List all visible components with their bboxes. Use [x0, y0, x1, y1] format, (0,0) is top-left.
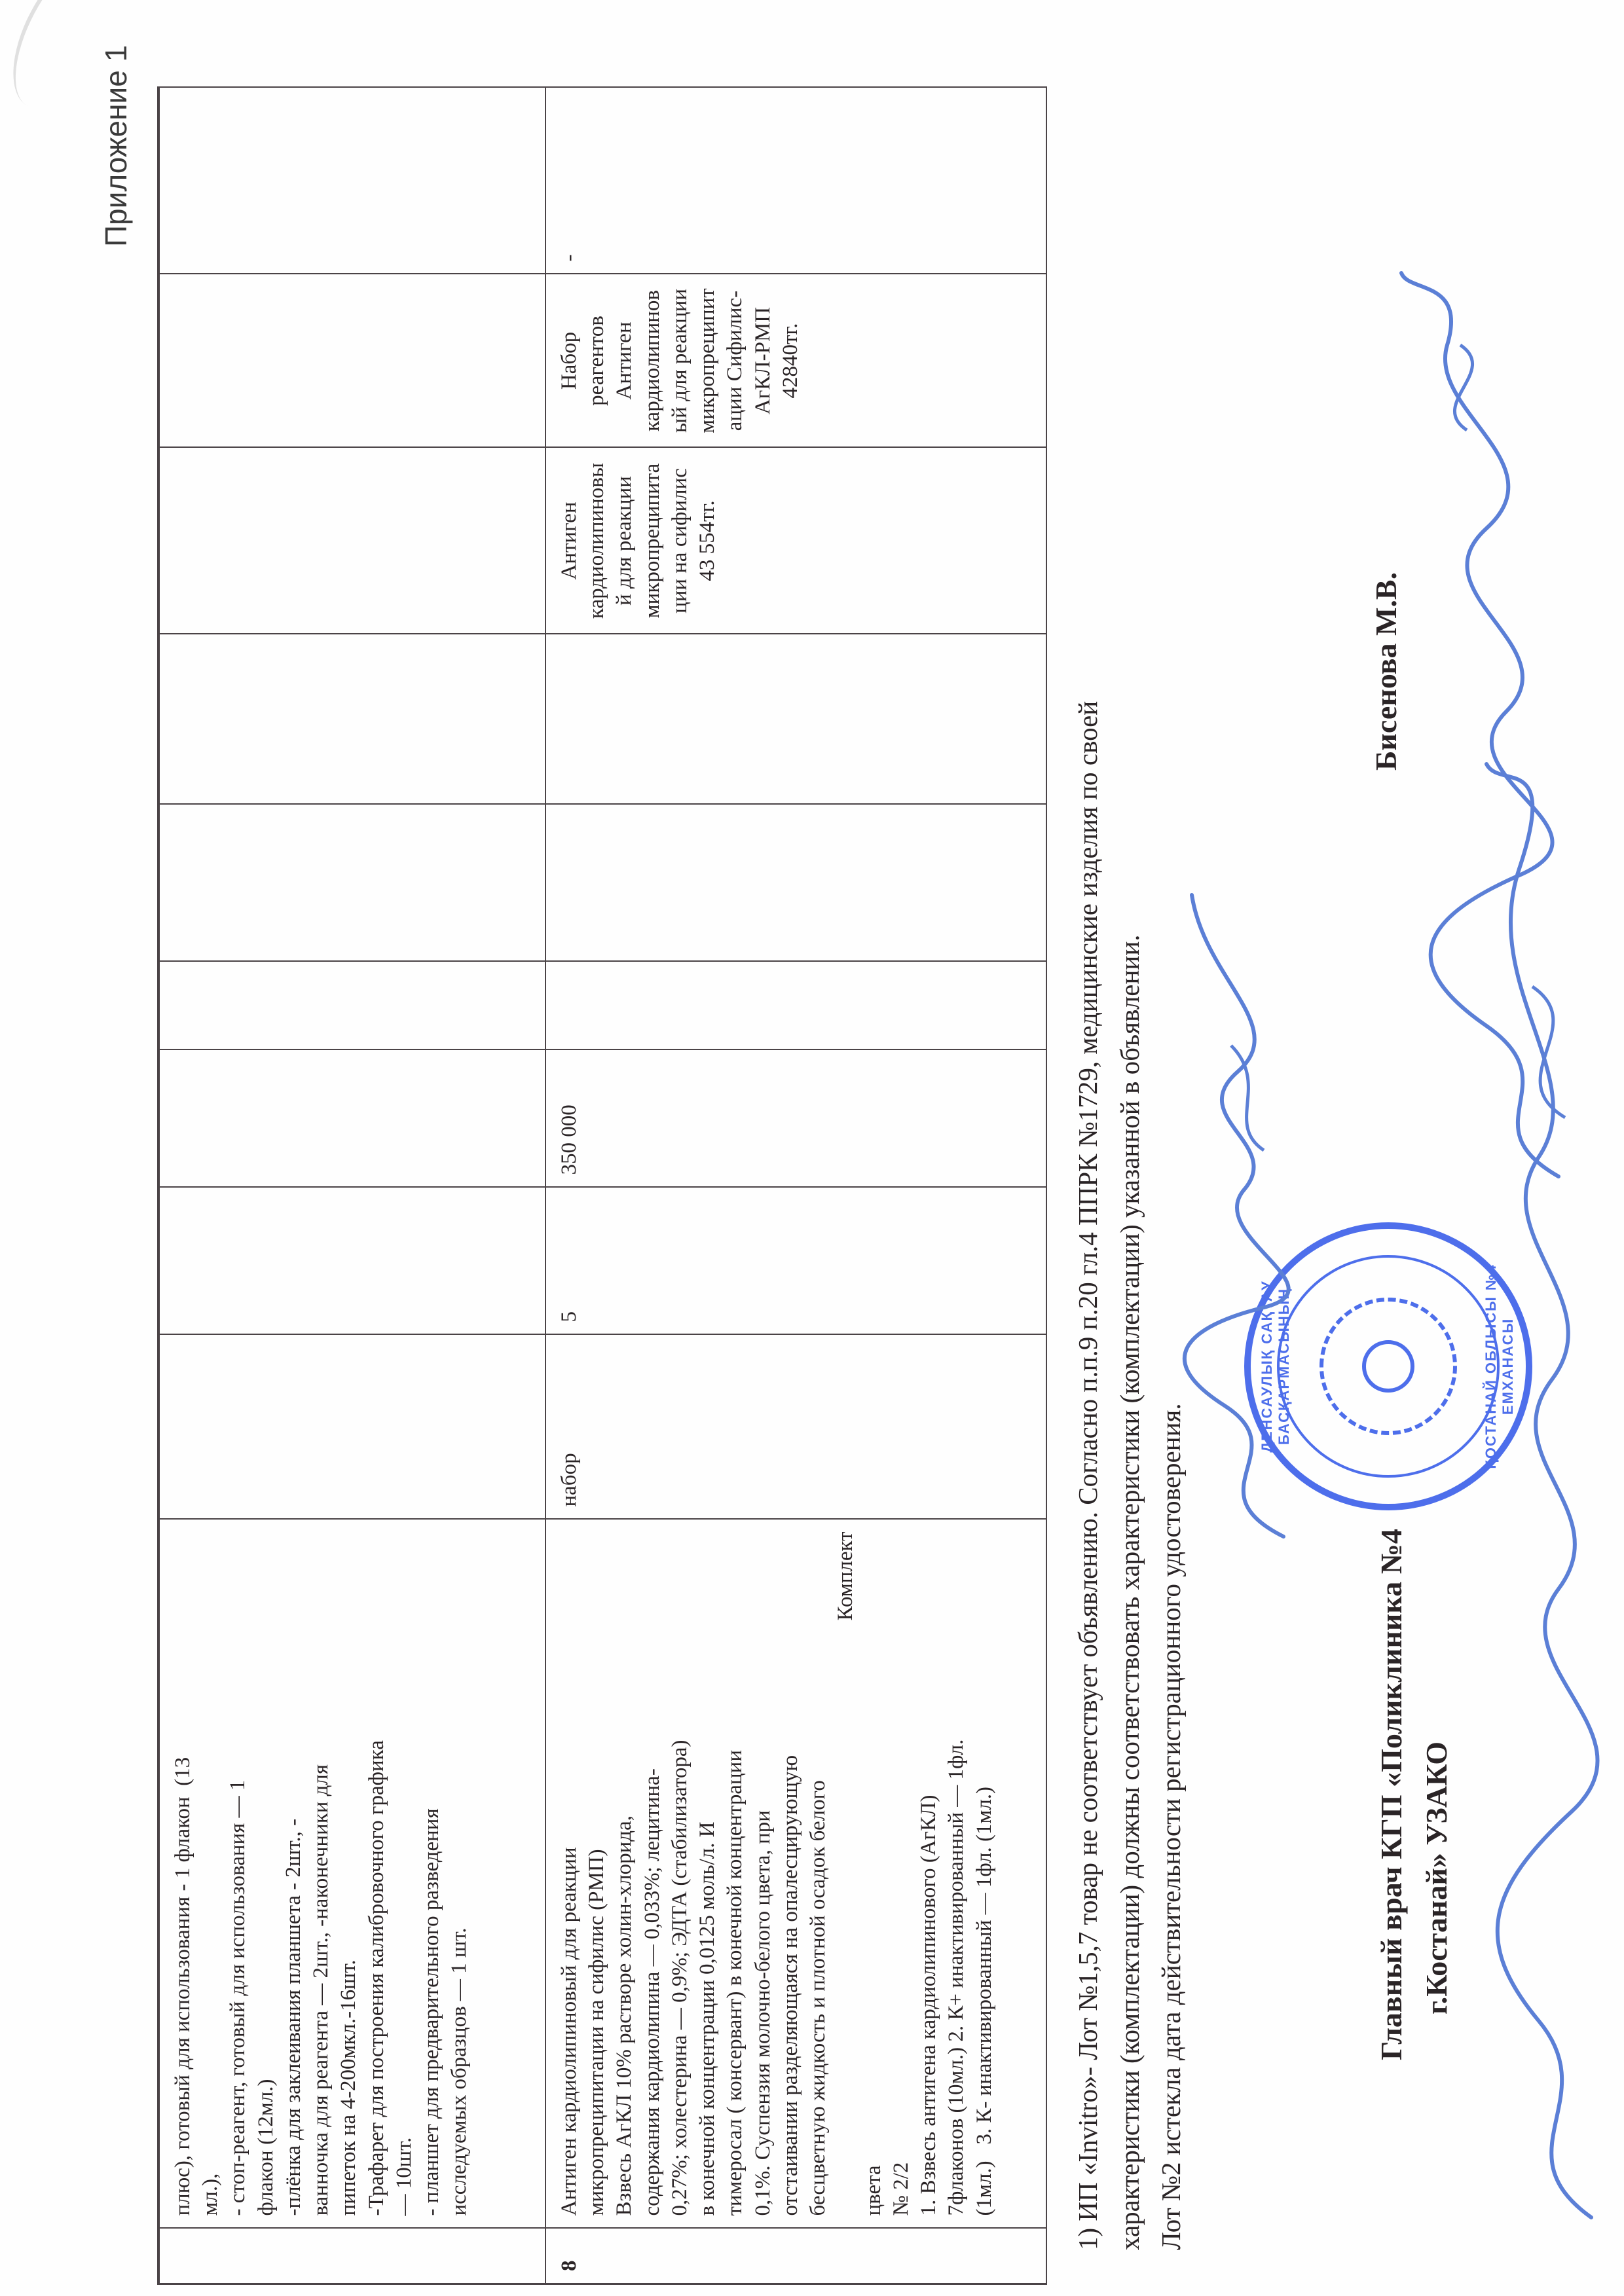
empty-cell — [158, 448, 545, 634]
quantity-cell — [158, 1188, 545, 1335]
empty-cell — [158, 274, 545, 448]
offer-line: кардиолипиновы — [583, 460, 610, 622]
description-line: цвета — [860, 1532, 887, 2216]
description-line: 7флаконов (10мл.) 2. К+ инактивированный… — [942, 1532, 970, 2216]
description-line: Взвесь АгКЛ 10% растворе холин-хлорида, — [610, 1532, 638, 2216]
description-line: -плёнка для заклеивания планшета - 2шт.,… — [280, 1532, 307, 2216]
handwritten-signature-1 — [1166, 888, 1310, 1543]
signatory-title-line: г.Костанай» УЗАКО — [1414, 1529, 1459, 2060]
handwritten-signature-3 — [1388, 266, 1585, 1183]
offer-line: микропреципит — [693, 287, 721, 435]
description-line: ванночка для реагента — 2шт., -наконечни… — [307, 1532, 335, 2216]
description-line: бесцветную жидкость и плотной осадок бел… — [804, 1532, 832, 2216]
offer-line: Набор — [555, 287, 583, 435]
description-line: флакон (12мл.) — [252, 1532, 280, 2216]
komplekt-label: Комплект — [832, 1532, 859, 2216]
description-line: пипеток на 4-200мкл.-16шт. — [335, 1532, 362, 2216]
description-line: (1мл.) 3. К- инактивированный — 1фл. (1м… — [970, 1532, 998, 2216]
table-row: плюс), готовый для использования - 1 фла… — [158, 88, 545, 2284]
sum-cell: 350 000 — [545, 1050, 1046, 1188]
unit-cell — [158, 1335, 545, 1520]
quantity-cell: 5 — [545, 1188, 1046, 1335]
offer-line: ции на сифилис — [666, 460, 693, 622]
description-line: исследуемых образцов — 1 шт. — [445, 1532, 473, 2216]
appendix-label: Приложение 1 — [98, 45, 134, 247]
description-line: 0,1%. Суспензия молочно-белого цвета, пр… — [749, 1532, 777, 2216]
description-line: микропреципитации на сифилис (РМП) — [583, 1532, 610, 2216]
item-description: плюс), готовый для использования - 1 фла… — [158, 1520, 545, 2229]
offer-line: кардиолипинов — [638, 287, 666, 435]
offer-line: й для реакции — [610, 460, 638, 622]
footnote-line: характеристики (комплектации) должны соо… — [1109, 90, 1151, 2250]
description-line: тимеросал ( консервант) в конечной конце… — [721, 1532, 748, 2216]
description-line: плюс), готовый для использования - 1 фла… — [169, 1532, 196, 2216]
offer-line: реагентов — [583, 287, 610, 435]
offer-line: ый для реакции — [666, 287, 693, 435]
offer-line: Антиген — [555, 460, 583, 622]
empty-cell — [158, 634, 545, 805]
description-line: содержания кардиолипина — 0,033%; лецити… — [638, 1532, 666, 2216]
scanned-page: Приложение 1 плюс), готовый для использо… — [0, 0, 1624, 2296]
signatory-title: Главный врач КГП «Поликлиника №4 г.Коста… — [1369, 1529, 1459, 2060]
description-line: -Трафарет для построения калибровочного … — [363, 1532, 390, 2216]
empty-cell — [545, 962, 1046, 1050]
emblem-center-icon — [1362, 1340, 1414, 1393]
empty-cell — [545, 634, 1046, 805]
description-line: отстаивании разделяющаяся на опалесцирую… — [777, 1532, 804, 2216]
row-number: 8 — [545, 2229, 1046, 2284]
offer-price: 42840тг. — [777, 287, 804, 435]
empty-cell — [158, 962, 545, 1050]
supplier-offer-cell: Набор реагентов Антиген кардиолипинов ый… — [545, 274, 1046, 448]
offer-line: микропреципита — [638, 460, 666, 622]
dash-cell: - — [545, 88, 1046, 274]
description-line: Антиген кардиолипиновый для реакции — [555, 1532, 583, 2216]
offer-line: Антиген — [610, 287, 638, 435]
row-number — [158, 2229, 545, 2284]
empty-cell — [158, 805, 545, 962]
table-row: 8 Антиген кардиолипиновый для реакции ми… — [545, 88, 1046, 2284]
signatory-title-line: Главный врач КГП «Поликлиника №4 — [1369, 1529, 1414, 2060]
description-line: мл.), — [196, 1532, 224, 2216]
description-line: - планшет для предварительного разведени… — [418, 1532, 445, 2216]
item-description: Антиген кардиолипиновый для реакции микр… — [545, 1520, 1046, 2229]
description-line: № 2/2 — [887, 1532, 915, 2216]
empty-cell — [158, 88, 545, 274]
supplier-offer-cell: Антиген кардиолипиновы й для реакции мик… — [545, 448, 1046, 634]
description-line: 1. Взвесь антигена кардиолипинового (АгК… — [915, 1532, 942, 2216]
lots-table: плюс), готовый для использования - 1 фла… — [157, 87, 1047, 2286]
description-line: — 10шт. — [390, 1532, 418, 2216]
description-line: - стоп-реагент, готовый для использовани… — [224, 1532, 251, 2216]
offer-price: 43 554тг. — [693, 460, 721, 622]
footnote-line: 1) ИП «Invitro»- Лот №1,5,7 товар не соо… — [1067, 90, 1109, 2250]
unit-cell: набор — [545, 1335, 1046, 1520]
offer-line: ации Сифилис- — [721, 287, 748, 435]
empty-cell — [545, 805, 1046, 962]
offer-line: АгКЛ-РМП — [749, 287, 777, 435]
sum-cell — [158, 1050, 545, 1188]
description-line: 0,27%; холестерина — 0,9%; ЭДТА (стабили… — [666, 1532, 693, 2216]
description-line: в конечной концентрации 0,0125 моль/л. И — [693, 1532, 721, 2216]
